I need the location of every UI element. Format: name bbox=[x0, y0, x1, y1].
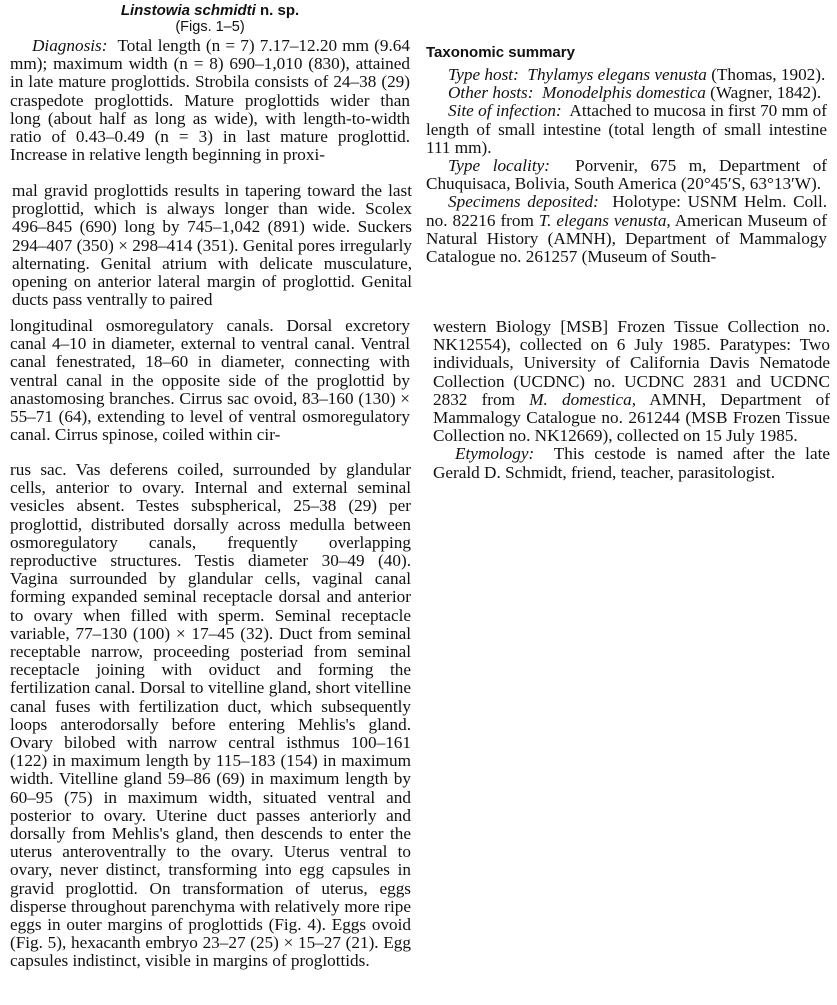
type-host-authority: (Thomas, 1902). bbox=[707, 65, 825, 84]
diagnosis-text-1: Total length (n = 7) 7.17–12.20 mm (9.64… bbox=[10, 36, 410, 164]
taxonomic-summary-block-2: western Biology [MSB] Frozen Tissue Coll… bbox=[433, 318, 830, 482]
other-hosts-species: Monodelphis domestica bbox=[542, 83, 706, 102]
site-of-infection-entry: Site of infection: Attached to mucosa in… bbox=[426, 102, 827, 157]
specimens-deposited-entry: Specimens deposited: Holotype: USNM Helm… bbox=[426, 193, 827, 266]
left-column: Diagnosis: Total length (n = 7) 7.17–12.… bbox=[0, 0, 420, 1005]
diagnosis-text-3: longitudinal osmoregulatory canals. Dors… bbox=[10, 317, 410, 444]
type-host-entry: Type host: Thylamys elegans venusta (Tho… bbox=[426, 66, 827, 84]
taxonomic-summary-block-1: Taxonomic summary Type host: Thylamys el… bbox=[426, 44, 827, 266]
paratype-host: M. domestica, bbox=[529, 390, 636, 409]
diagnosis-text-2: mal gravid proglottids results in taperi… bbox=[12, 182, 412, 309]
etymology-entry: Etymology: This cestode is named after t… bbox=[433, 445, 830, 481]
holotype-host: T. elegans venusta, bbox=[539, 211, 671, 230]
type-locality-entry: Type locality: Porvenir, 675 m, Departme… bbox=[426, 157, 827, 193]
diagnosis-block-3: longitudinal osmoregulatory canals. Dors… bbox=[10, 317, 410, 444]
specimens-deposited-label: Specimens deposited: bbox=[448, 192, 599, 211]
etymology-label: Etymology: bbox=[455, 444, 534, 463]
right-column: Taxonomic summary Type host: Thylamys el… bbox=[426, 0, 837, 1005]
other-hosts-entry: Other hosts: Monodelphis domestica (Wagn… bbox=[426, 84, 827, 102]
site-of-infection-label: Site of infection: bbox=[448, 101, 562, 120]
other-hosts-authority: (Wagner, 1842). bbox=[706, 83, 821, 102]
diagnosis-label: Diagnosis: bbox=[32, 36, 107, 55]
diagnosis-block-2: mal gravid proglottids results in taperi… bbox=[12, 182, 412, 309]
diagnosis-block-1: Diagnosis: Total length (n = 7) 7.17–12.… bbox=[10, 37, 410, 164]
other-hosts-label: Other hosts: bbox=[448, 83, 533, 102]
diagnosis-text-4: rus sac. Vas deferens coiled, surrounded… bbox=[10, 461, 411, 971]
type-locality-label: Type locality: bbox=[448, 156, 550, 175]
specimens-deposited-continued: western Biology [MSB] Frozen Tissue Coll… bbox=[433, 318, 830, 445]
type-host-species: Thylamys elegans venusta bbox=[527, 65, 706, 84]
diagnosis-block-4: rus sac. Vas deferens coiled, surrounded… bbox=[10, 461, 411, 971]
taxonomic-summary-heading: Taxonomic summary bbox=[426, 44, 827, 62]
type-host-label: Type host: bbox=[448, 65, 519, 84]
